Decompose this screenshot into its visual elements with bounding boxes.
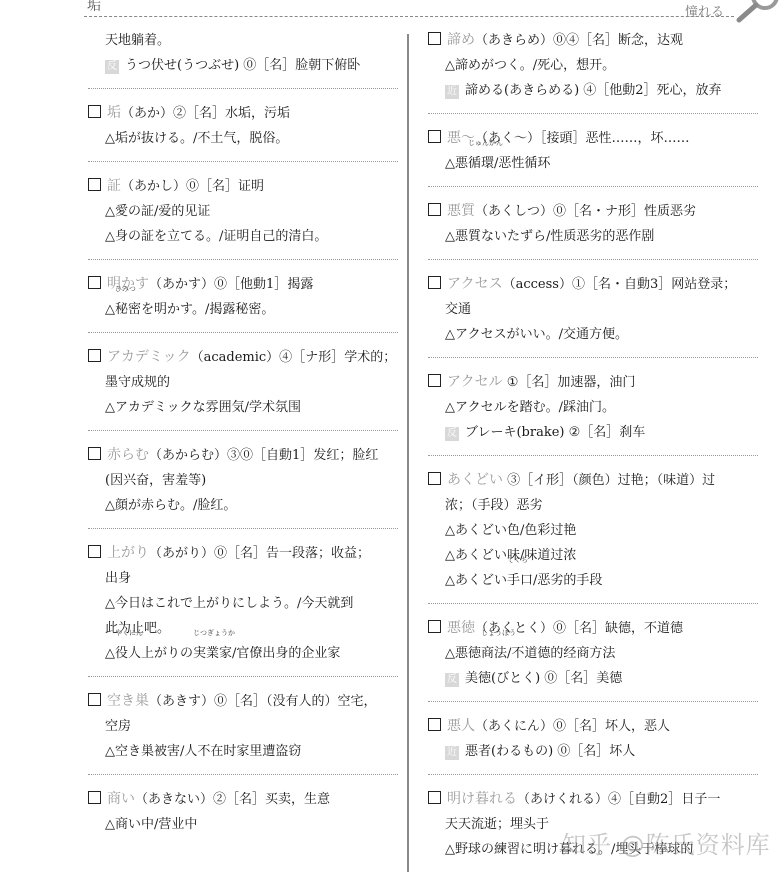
checkbox[interactable]	[88, 791, 101, 804]
meaning-cont: (因兴奋，害羞等)	[88, 468, 398, 493]
entry-akaramu: 赤らむ（あからむ）③⓪［自動1］发红；脸红 (因兴奋，害羞等) △顔が赤らむ。/…	[88, 443, 398, 518]
example: △アクセルを踏む。/踩油门。	[428, 395, 758, 420]
checkbox[interactable]	[88, 276, 101, 289]
entry-akisu: 空き巣（あきす）⓪［名］（没有人的）空宅， 空房 △空き巣被害/人不在时家里遭盗…	[88, 689, 398, 764]
antonym-marker-icon: 反	[445, 427, 459, 441]
example: △今日はこれで上がりにしよう。/今天就到	[88, 591, 398, 616]
example: △悪徳しょうほう商法/不道德的经商方法	[428, 641, 758, 666]
related-word: 反うつ伏せ(うつぶせ) ⓪［名］脸朝下俯卧	[88, 53, 398, 78]
antonym-marker-icon: 反	[105, 60, 119, 74]
magnifier-icon	[733, 0, 783, 26]
checkbox[interactable]	[88, 349, 101, 362]
related-word: 近悪者(わるもの) ⓪［名］坏人	[428, 739, 758, 764]
right-column: 諦め（あきらめ）⓪④［名］断念，达观 △諦めがつく。/死心，想开。 近諦める(あ…	[428, 28, 758, 862]
checkbox[interactable]	[428, 203, 441, 216]
checkbox[interactable]	[88, 105, 101, 118]
example: △やくにん役人上がりのじつぎょうか実業家/官僚出身的企业家	[88, 641, 398, 666]
checkbox[interactable]	[428, 791, 441, 804]
headword: 商い	[107, 791, 135, 807]
watermark: 知乎 @陈氏资料库	[562, 825, 771, 860]
headword: 赤らむ	[107, 447, 149, 463]
furigana: じゅんかん	[468, 139, 503, 147]
divider	[428, 113, 758, 114]
column-divider	[407, 34, 409, 872]
headword: 悪人	[447, 718, 475, 734]
entry-academic: アカデミック（academic）④［ナ形］学术的； 墨守成规的 △アカデミックな…	[88, 345, 398, 420]
example: △垢が抜ける。/不土气，脱俗。	[88, 126, 398, 151]
furigana: しょうほう	[481, 629, 516, 637]
checkbox[interactable]	[428, 374, 441, 387]
related-word: 近諦める(あきらめる) ④［他動2］死心，放弃	[428, 78, 758, 103]
example: △あくどい色/色彩过艳	[428, 518, 758, 543]
meaning-cont: 墨守成规的	[88, 370, 398, 395]
checkbox[interactable]	[88, 447, 101, 460]
divider	[88, 259, 398, 260]
entry-akashi: 証（あかし）⓪［名］证明 △愛の証/爱的见证 △身の証を立てる。/证明自己的清白…	[88, 174, 398, 249]
synonym-marker-icon: 近	[445, 85, 459, 99]
divider	[88, 88, 398, 89]
entry-akirame: 諦め（あきらめ）⓪④［名］断念，达观 △諦めがつく。/死心，想开。 近諦める(あ…	[428, 28, 758, 103]
divider	[88, 774, 398, 775]
header-first-word: 垢	[87, 0, 101, 15]
checkbox[interactable]	[428, 130, 441, 143]
entry-head: 上がり（あがり）⓪［名］告一段落；收益；	[88, 541, 398, 566]
synonym-marker-icon: 近	[445, 746, 459, 760]
entry-head: 諦め（あきらめ）⓪④［名］断念，达观	[428, 28, 758, 53]
headword: アクセス	[447, 276, 503, 292]
page-header: 垢 憧れる	[0, 0, 783, 20]
headword: 上がり	[107, 545, 149, 561]
divider	[428, 455, 758, 456]
headword: アカデミック	[107, 349, 191, 365]
furigana: てぐち	[507, 556, 528, 564]
entry-head: 悪徳（あくとく）⓪［名］缺德，不道德	[428, 616, 758, 641]
meaning-cont: 出身	[88, 566, 398, 591]
header-last-word: 憧れる	[685, 1, 724, 20]
entry-head: 悪質（あくしつ）⓪［名・ナ形］性质恶劣	[428, 199, 758, 224]
entry-akinai: 商い（あきない）②［名］买卖，生意 △商い中/营业中	[88, 787, 398, 837]
example: △アクセスがいい。/交通方便。	[428, 322, 758, 347]
headword: アクセル	[447, 374, 503, 390]
divider	[428, 259, 758, 260]
example: △悪じゅんかん循環/恶性循环	[428, 151, 758, 176]
entry-akudoi: あくどい ③［イ形］（颜色）过艳；（味道）过 浓；（手段）恶劣 △あくどい色/色…	[428, 468, 758, 593]
example: △ひみつ秘密を明かす。/揭露秘密。	[88, 297, 398, 322]
checkbox[interactable]	[428, 276, 441, 289]
entry-aka: 垢（あか）②［名］水垢，污垢 △垢が抜ける。/不土气，脱俗。	[88, 101, 398, 151]
example: △身の証を立てる。/证明自己的清白。	[88, 224, 398, 249]
headword: 空き巣	[107, 693, 149, 709]
headword: 垢	[107, 105, 121, 121]
divider	[428, 357, 758, 358]
divider	[428, 603, 758, 604]
entry-head: アカデミック（academic）④［ナ形］学术的；	[88, 345, 398, 370]
entry-akunin: 悪人（あくにん）⓪［名］坏人，恶人 近悪者(わるもの) ⓪［名］坏人	[428, 714, 758, 764]
checkbox[interactable]	[428, 32, 441, 45]
meaning-cont: 交通	[428, 297, 758, 322]
divider	[428, 701, 758, 702]
entry-head: 空き巣（あきす）⓪［名］（没有人的）空宅，	[88, 689, 398, 714]
furigana: じつぎょうか	[193, 629, 235, 637]
example: △商い中/营业中	[88, 812, 398, 837]
continuation-text: 天地躺着。	[88, 28, 398, 53]
example: △空き巣被害/人不在时家里遭盗窃	[88, 739, 398, 764]
divider	[88, 528, 398, 529]
example: △あくどいてぐち手口/恶劣的手段	[428, 568, 758, 593]
furigana: ひみつ	[115, 285, 136, 293]
left-column: 天地躺着。 反うつ伏せ(うつぶせ) ⓪［名］脸朝下俯卧 垢（あか）②［名］水垢，…	[88, 28, 398, 837]
entry-head: 証（あかし）⓪［名］证明	[88, 174, 398, 199]
example: △愛の証/爱的见证	[88, 199, 398, 224]
header-rule	[84, 16, 734, 17]
antonym-marker-icon: 反	[445, 673, 459, 687]
related-word: 反美徳(びとく) ⓪［名］美德	[428, 666, 758, 691]
checkbox[interactable]	[428, 472, 441, 485]
entry-access: アクセス（access）①［名・自動3］网站登录； 交通 △アクセスがいい。/交…	[428, 272, 758, 347]
checkbox[interactable]	[88, 178, 101, 191]
entry-head: 赤らむ（あからむ）③⓪［自動1］发红；脸红	[88, 443, 398, 468]
meaning-cont: 空房	[88, 714, 398, 739]
headword: あくどい	[447, 472, 503, 488]
headword: 悪徳	[447, 620, 475, 636]
checkbox[interactable]	[428, 620, 441, 633]
checkbox[interactable]	[428, 718, 441, 731]
entry-agari: 上がり（あがり）⓪［名］告一段落；收益； 出身 △今日はこれで上がりにしよう。/…	[88, 541, 398, 666]
divider	[428, 774, 758, 775]
headword: 証	[107, 178, 121, 194]
checkbox[interactable]	[88, 545, 101, 558]
example: △アカデミックな雰囲気/学术氛围	[88, 395, 398, 420]
example: △顔が赤らむ。/脸红。	[88, 493, 398, 518]
entry-akasu: 明かす（あかす）⓪［他動1］揭露 △ひみつ秘密を明かす。/揭露秘密。	[88, 272, 398, 322]
entry-head: あくどい ③［イ形］（颜色）过艳；（味道）过	[428, 468, 758, 493]
entry-head: 悪人（あくにん）⓪［名］坏人，恶人	[428, 714, 758, 739]
example: △あくどい味/味道过浓	[428, 543, 758, 568]
related-word: 反ブレーキ(brake) ②［名］刹车	[428, 420, 758, 445]
entry-akutoku: 悪徳（あくとく）⓪［名］缺德，不道德 △悪徳しょうほう商法/不道德的经商方法 反…	[428, 616, 758, 691]
example: △諦めがつく。/死心，想开。	[428, 53, 758, 78]
checkbox[interactable]	[88, 693, 101, 706]
entry-head: 商い（あきない）②［名］买卖，生意	[88, 787, 398, 812]
divider	[88, 161, 398, 162]
divider	[88, 676, 398, 677]
entry-head: アクセル ①［名］加速器，油门	[428, 370, 758, 395]
headword: 諦め	[447, 32, 475, 48]
headword: 明け暮れる	[447, 791, 517, 807]
headword: 悪質	[447, 203, 475, 219]
continuation-entry: 天地躺着。 反うつ伏せ(うつぶせ) ⓪［名］脸朝下俯卧	[88, 28, 398, 78]
divider	[88, 430, 398, 431]
entry-akushitsu: 悪質（あくしつ）⓪［名・ナ形］性质恶劣 △悪質ないたずら/性质恶劣的恶作剧	[428, 199, 758, 249]
meaning-cont: 浓；（手段）恶劣	[428, 493, 758, 518]
divider	[88, 332, 398, 333]
entry-head: 明け暮れる（あけくれる）④［自動2］日子一	[428, 787, 758, 812]
example: △悪質ないたずら/性质恶劣的恶作剧	[428, 224, 758, 249]
entry-aku-prefix: 悪～（あく～）［接頭］恶性……，坏…… △悪じゅんかん循環/恶性循环	[428, 126, 758, 176]
entry-head: 垢（あか）②［名］水垢，污垢	[88, 101, 398, 126]
divider	[428, 186, 758, 187]
furigana: やくにん	[115, 629, 143, 637]
entry-accel: アクセル ①［名］加速器，油门 △アクセルを踏む。/踩油门。 反ブレーキ(bra…	[428, 370, 758, 445]
entry-head: アクセス（access）①［名・自動3］网站登录；	[428, 272, 758, 297]
